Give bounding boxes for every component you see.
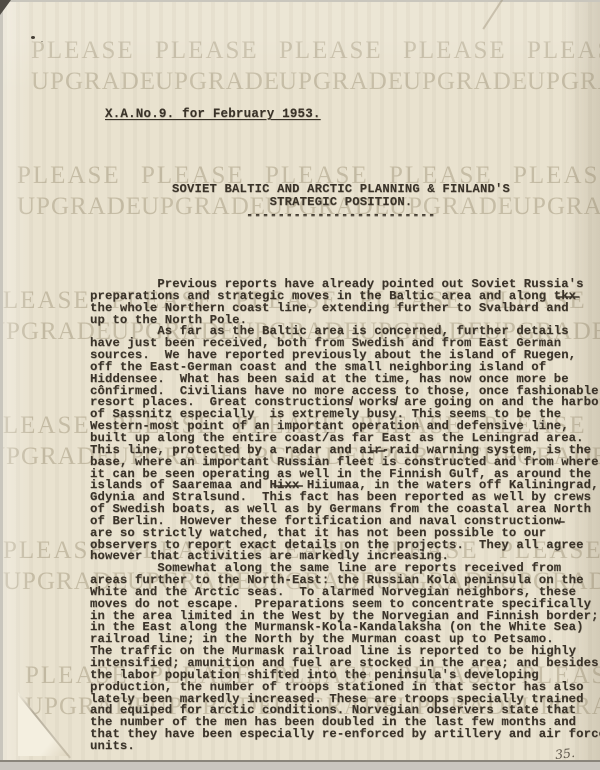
watermark-word-please: PLEASE bbox=[403, 36, 528, 66]
paper-sheet: PLEASEUPGRADEPLEASEUPGRADEPLEASEUPGRADEP… bbox=[3, 2, 600, 762]
watermark-word-please: PLEASE bbox=[279, 36, 404, 66]
watermark-tile: PLEASEUPGRADE bbox=[31, 36, 156, 97]
watermark-word-upgrade: UPGRADE bbox=[155, 66, 280, 97]
watermark-tile: PLEASEUPGRADE bbox=[403, 36, 528, 97]
document-heading: SOVIET BALTIC AND ARCTIC PLANNING & FINL… bbox=[88, 183, 594, 222]
body-line: units. bbox=[90, 741, 600, 753]
document-body: Previous reports have already pointed ou… bbox=[90, 279, 600, 753]
watermark-tile: PLEASEUPGRADE bbox=[527, 36, 600, 97]
heading-rule: ------------------------ bbox=[88, 209, 594, 222]
watermark-word-upgrade: UPGRADE bbox=[403, 66, 528, 97]
heading-line-1: SOVIET BALTIC AND ARCTIC PLANNING & FINL… bbox=[88, 183, 594, 196]
scanned-document-page: PLEASEUPGRADEPLEASEUPGRADEPLEASEUPGRADEP… bbox=[0, 0, 600, 770]
body-line: that they have been especially re-enforc… bbox=[90, 729, 600, 741]
watermark-word-please: PLEASE bbox=[155, 36, 280, 66]
watermark-word-please: PLEASE bbox=[527, 36, 600, 66]
scan-bottom-edge bbox=[0, 760, 600, 770]
document-reference: X.A.No.9. for February 1953. bbox=[105, 107, 321, 121]
watermark-word-please: PLEASE bbox=[31, 36, 156, 66]
watermark-word-upgrade: UPGRADE bbox=[279, 66, 404, 97]
heading-line-2: STRATEGIC POSITION. bbox=[88, 196, 594, 209]
ink-speck bbox=[31, 36, 35, 39]
watermark-word-upgrade: UPGRADE bbox=[527, 66, 600, 97]
watermark-tile: PLEASEUPGRADE bbox=[279, 36, 404, 97]
watermark-word-upgrade: UPGRADE bbox=[31, 66, 156, 97]
watermark-tile: PLEASEUPGRADE bbox=[155, 36, 280, 97]
